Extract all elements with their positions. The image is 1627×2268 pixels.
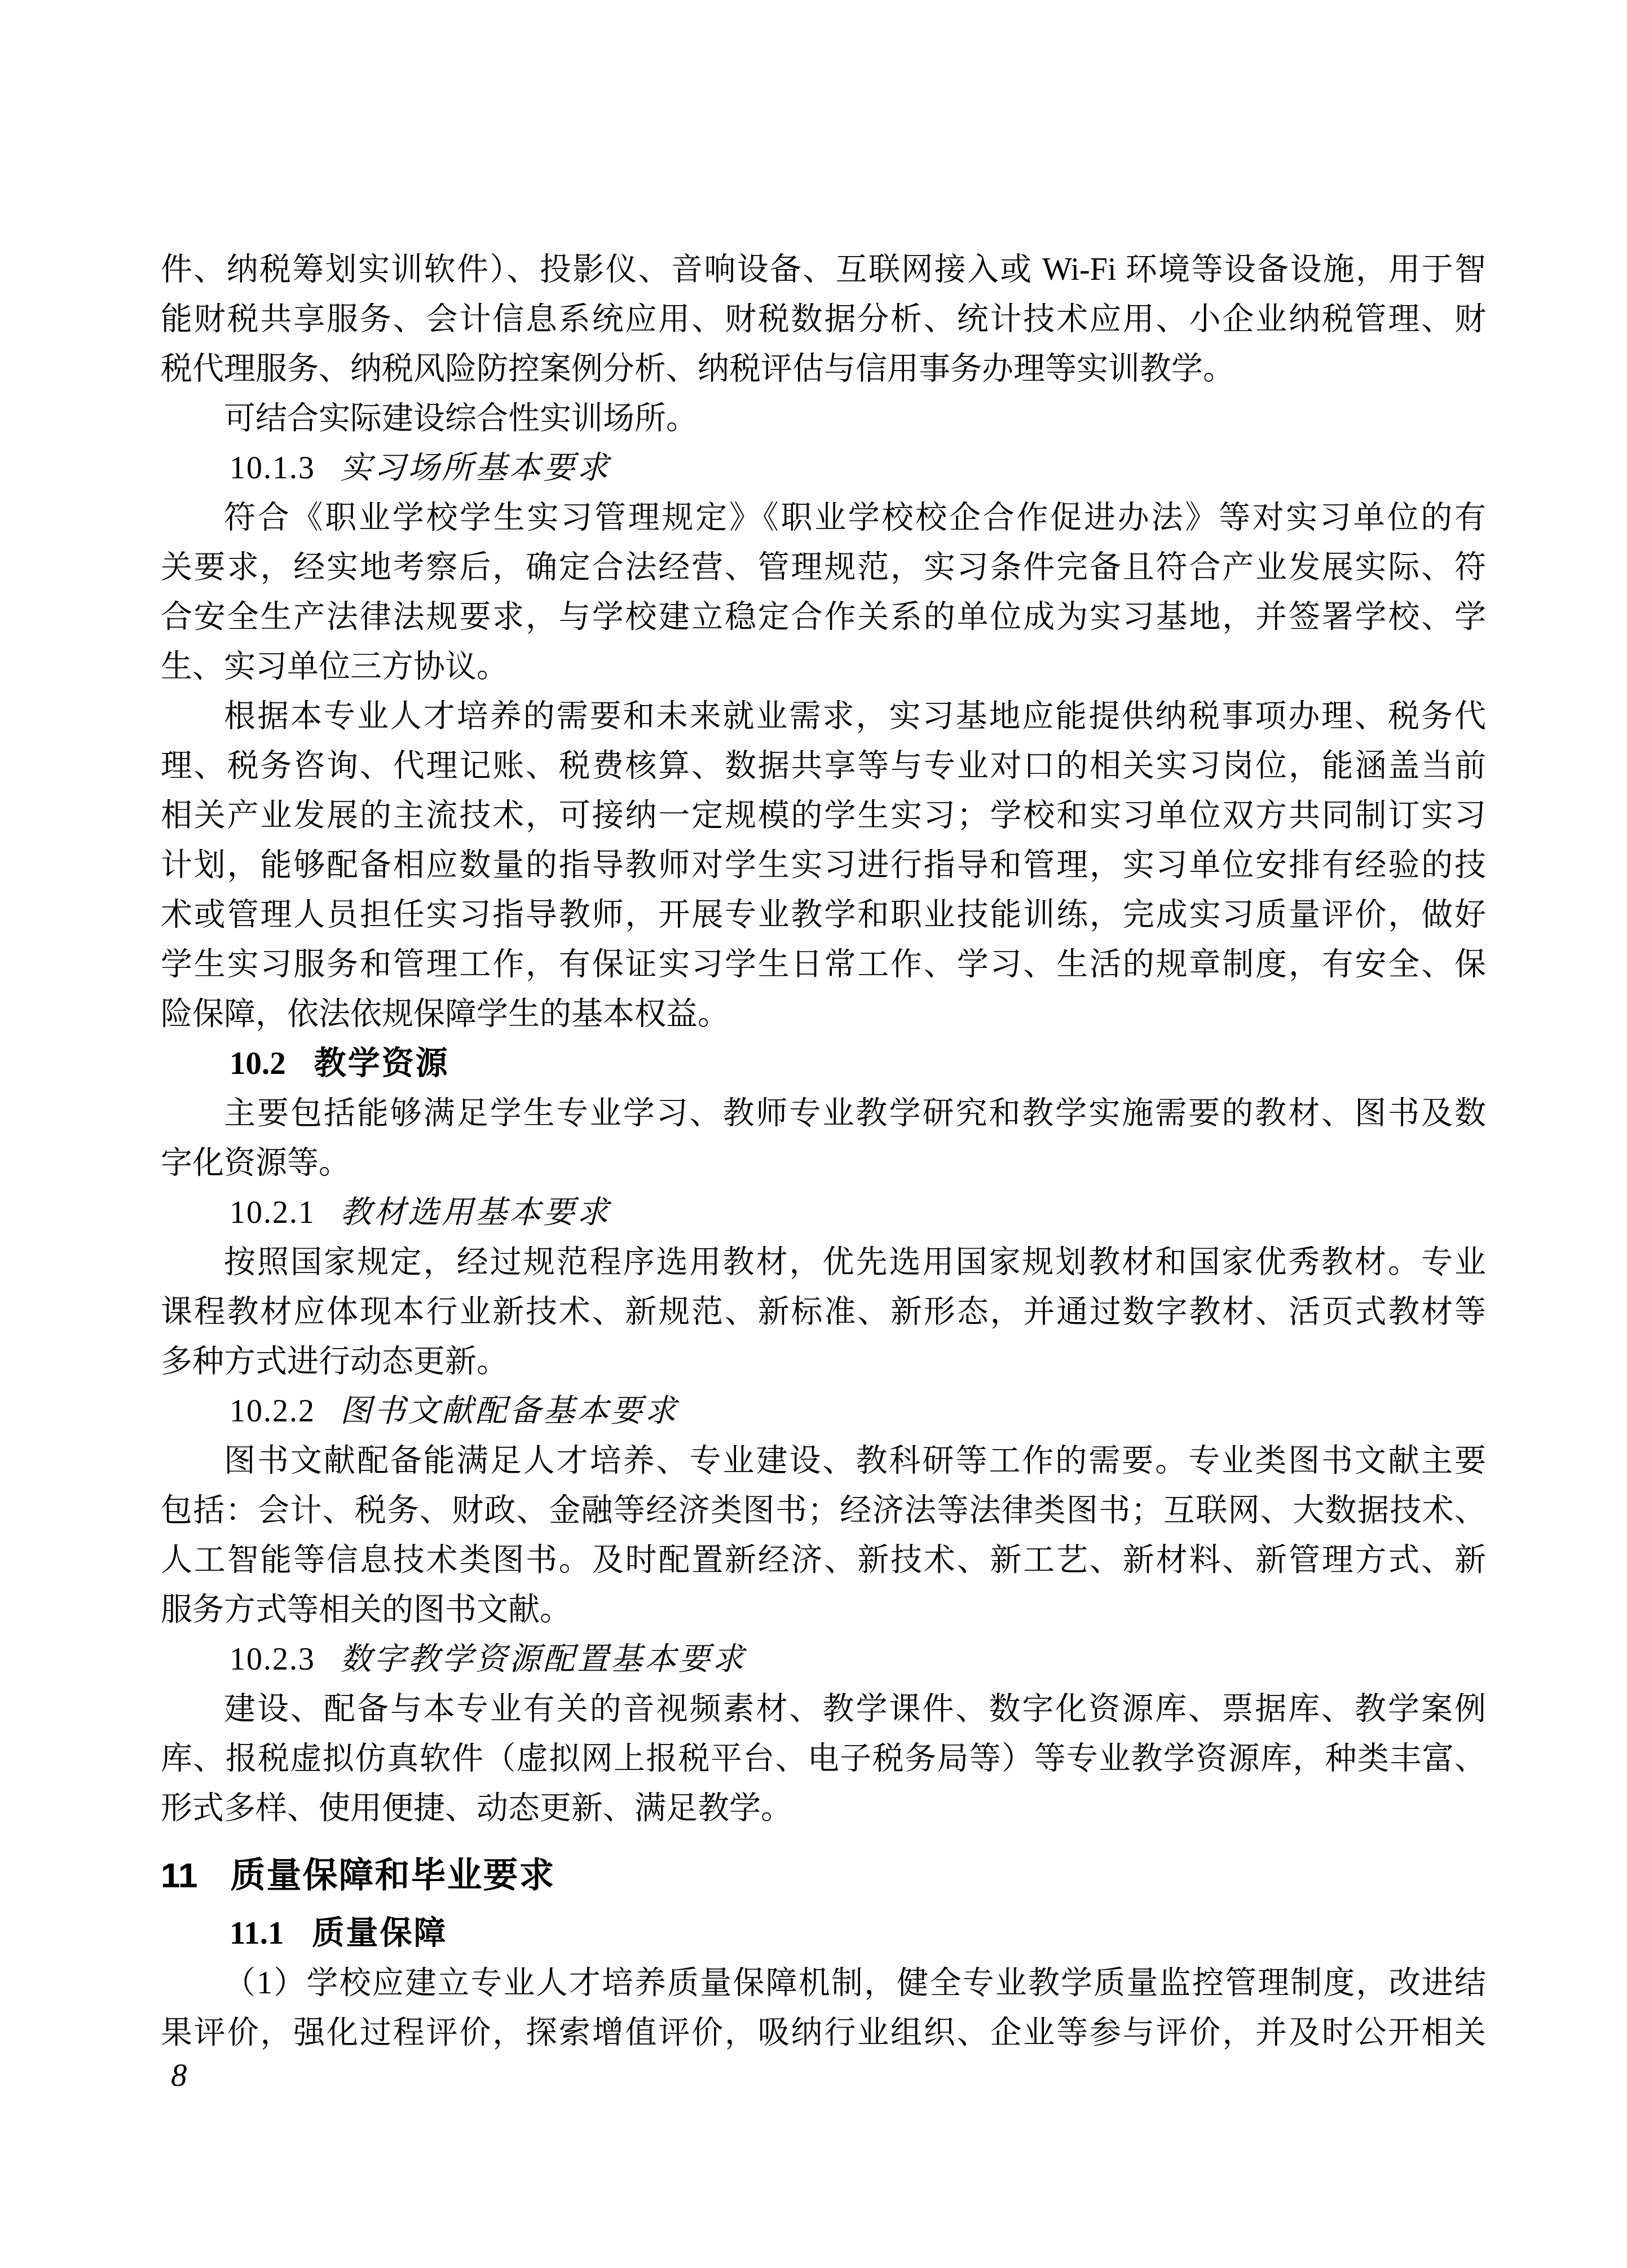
text-line: 合安全生产法律法规要求，与学校建立稳定合作关系的单位成为实习基地，并签署学校、学 <box>161 592 1486 642</box>
text-line: 理、税务咨询、代理记账、税费核算、数据共享等与专业对口的相关实习岗位，能涵盖当前 <box>161 741 1486 791</box>
section-heading-11-1: 11.1质量保障 <box>161 1909 1486 1958</box>
paragraph: 根据本专业人才培养的需要和未来就业需求，实习基地应能提供纳税事项办理、税务代理、… <box>161 692 1486 1039</box>
heading-title: 图书文献配备基本要求 <box>340 1394 678 1429</box>
document-page: 件、纳税筹划实训软件）、投影仪、音响设备、互联网接入或 Wi-Fi 环境等设备设… <box>0 0 1627 2268</box>
heading-title: 质量保障和毕业要求 <box>231 1856 555 1895</box>
paragraph: 主要包括能够满足学生专业学习、教师专业教学研究和教学实施需要的教材、图书及数字化… <box>161 1089 1486 1188</box>
text-line: 关要求，经实地考察后，确定合法经营、管理规范，实习条件完备且符合产业发展实际、符 <box>161 543 1486 592</box>
text-line: 可结合实际建设综合性实训场所。 <box>161 394 1486 443</box>
heading-number: 10.2.2 <box>230 1394 315 1429</box>
text-line: 税代理服务、纳税风险防控案例分析、纳税评估与信用事务办理等实训教学。 <box>161 344 1486 394</box>
section-heading-10-2-3: 10.2.3数字教学资源配置基本要求 <box>161 1635 1486 1684</box>
paragraph: 件、纳税筹划实训软件）、投影仪、音响设备、互联网接入或 Wi-Fi 环境等设备设… <box>161 245 1486 394</box>
text-line: 相关产业发展的主流技术，可接纳一定规模的学生实习；学校和实习单位双方共同制订实习 <box>161 791 1486 840</box>
text-line: 能财税共享服务、会计信息系统应用、财税数据分析、统计技术应用、小企业纳税管理、财 <box>161 294 1486 344</box>
heading-number: 10.2.1 <box>230 1195 315 1230</box>
paragraph: 符合《职业学校学生实习管理规定》《职业学校校企合作促进办法》等对实习单位的有关要… <box>161 493 1486 692</box>
text-line: 人工智能等信息技术类图书。及时配置新经济、新技术、新工艺、新材料、新管理方式、新 <box>161 1535 1486 1585</box>
text-line: 主要包括能够满足学生专业学习、教师专业教学研究和教学实施需要的教材、图书及数 <box>161 1089 1486 1138</box>
text-line: 计划，能够配备相应数量的指导教师对学生实习进行指导和管理，实习单位安排有经验的技 <box>161 840 1486 890</box>
text-line: 按照国家规定，经过规范程序选用教材，优先选用国家规划教材和国家优秀教材。专业 <box>161 1238 1486 1287</box>
paragraph: （1）学校应建立专业人才培养质量保障机制，健全专业教学质量监控管理制度，改进结果… <box>161 1958 1486 2058</box>
text-line: 课程教材应体现本行业新技术、新规范、新标准、新形态，并通过数字教材、活页式教材等 <box>161 1287 1486 1337</box>
text-line: 险保障，依法依规保障学生的基本权益。 <box>161 989 1486 1039</box>
page-body: 件、纳税筹划实训软件）、投影仪、音响设备、互联网接入或 Wi-Fi 环境等设备设… <box>161 245 1486 2058</box>
paragraph: 按照国家规定，经过规范程序选用教材，优先选用国家规划教材和国家优秀教材。专业课程… <box>161 1238 1486 1386</box>
heading-number: 10.1.3 <box>230 451 315 486</box>
text-line: 库、报税虚拟仿真软件（虚拟网上报税平台、电子税务局等）等专业教学资源库，种类丰富… <box>161 1734 1486 1783</box>
text-line: 形式多样、使用便捷、动态更新、满足教学。 <box>161 1783 1486 1833</box>
heading-number: 10.2.3 <box>230 1642 315 1677</box>
text-line: 多种方式进行动态更新。 <box>161 1337 1486 1386</box>
heading-number: 11.1 <box>230 1915 284 1951</box>
heading-title: 实习场所基本要求 <box>340 451 611 486</box>
section-heading-10-2-1: 10.2.1教材选用基本要求 <box>161 1188 1486 1238</box>
paragraph: 可结合实际建设综合性实训场所。 <box>161 394 1486 443</box>
text-line: 符合《职业学校学生实习管理规定》《职业学校校企合作促进办法》等对实习单位的有 <box>161 493 1486 543</box>
section-heading-10-2-2: 10.2.2图书文献配备基本要求 <box>161 1386 1486 1436</box>
heading-number: 11 <box>161 1856 198 1895</box>
heading-title: 教材选用基本要求 <box>340 1195 611 1230</box>
section-heading-10-2: 10.2教学资源 <box>161 1039 1486 1089</box>
heading-title: 质量保障 <box>312 1915 448 1951</box>
text-line: 包括：会计、税务、财政、金融等经济类图书；经济法等法律类图书；互联网、大数据技术… <box>161 1486 1486 1535</box>
text-line: 生、实习单位三方协议。 <box>161 642 1486 692</box>
page-number: 8 <box>171 2056 187 2095</box>
section-heading-10-1-3: 10.1.3实习场所基本要求 <box>161 443 1486 493</box>
heading-number: 10.2 <box>230 1046 286 1081</box>
paragraph: 建设、配备与本专业有关的音视频素材、教学课件、数字化资源库、票据库、教学案例库、… <box>161 1684 1486 1833</box>
heading-title: 教学资源 <box>314 1046 449 1081</box>
text-line: 建设、配备与本专业有关的音视频素材、教学课件、数字化资源库、票据库、教学案例 <box>161 1684 1486 1734</box>
text-line: 术或管理人员担任实习指导教师，开展专业教学和职业技能训练，完成实习质量评价，做好 <box>161 890 1486 940</box>
section-heading-11: 11质量保障和毕业要求 <box>161 1849 1486 1903</box>
heading-title: 数字教学资源配置基本要求 <box>340 1642 746 1677</box>
paragraph: 图书文献配备能满足人才培养、专业建设、教科研等工作的需要。专业类图书文献主要包括… <box>161 1436 1486 1635</box>
text-line: 服务方式等相关的图书文献。 <box>161 1585 1486 1635</box>
text-line: 学生实习服务和管理工作，有保证实习学生日常工作、学习、生活的规章制度，有安全、保 <box>161 940 1486 989</box>
text-line: 根据本专业人才培养的需要和未来就业需求，实习基地应能提供纳税事项办理、税务代 <box>161 692 1486 741</box>
text-line: 字化资源等。 <box>161 1138 1486 1188</box>
text-line: （1）学校应建立专业人才培养质量保障机制，健全专业教学质量监控管理制度，改进结 <box>161 1958 1486 2008</box>
text-line: 果评价，强化过程评价，探索增值评价，吸纳行业组织、企业等参与评价，并及时公开相关 <box>161 2008 1486 2058</box>
text-line: 件、纳税筹划实训软件）、投影仪、音响设备、互联网接入或 Wi-Fi 环境等设备设… <box>161 245 1486 294</box>
text-line: 图书文献配备能满足人才培养、专业建设、教科研等工作的需要。专业类图书文献主要 <box>161 1436 1486 1486</box>
